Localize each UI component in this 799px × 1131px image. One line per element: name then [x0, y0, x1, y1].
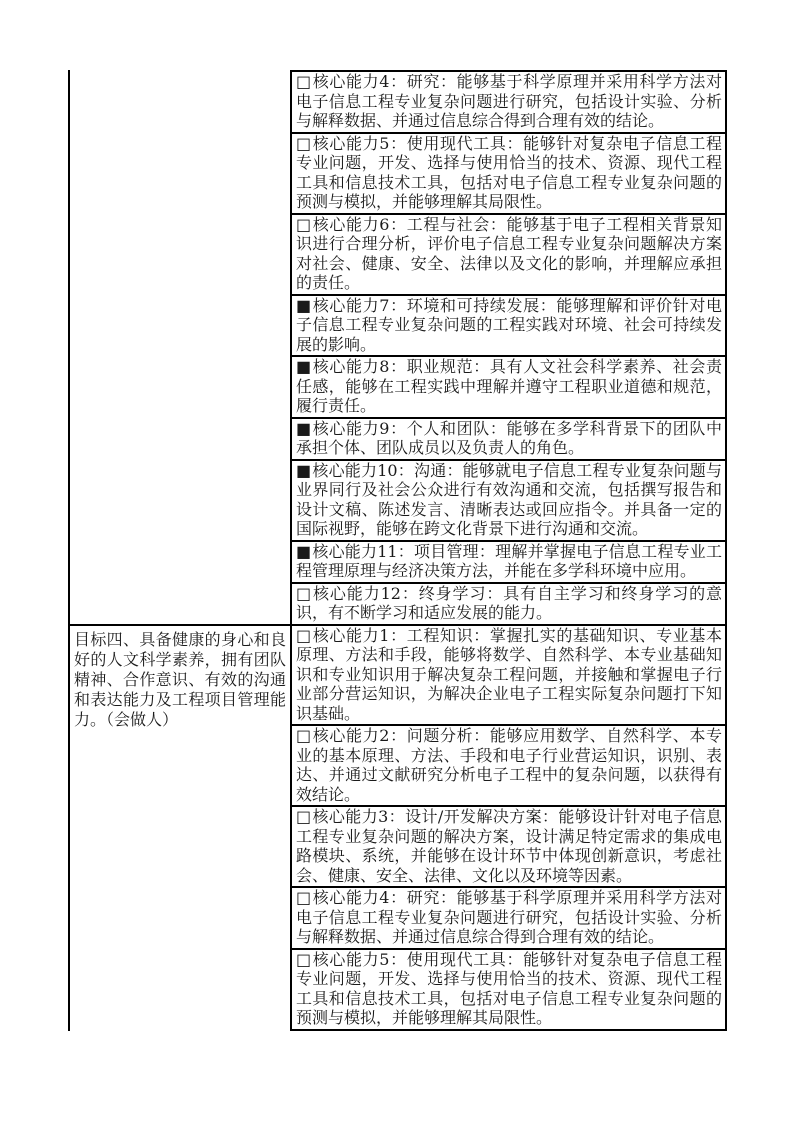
- competency-cell: □核心能力5：使用现代工具：能够针对复杂电子信息工程专业问题，开发、选择与使用恰…: [290, 132, 727, 215]
- checkbox-checked-icon: ■: [296, 296, 312, 315]
- competency-text: 核心能力1：工程知识：掌握扎实的基础知识、专业基本原理、方法和手段，能够将数学、…: [296, 626, 722, 723]
- competency-cell: □核心能力4：研究：能够基于科学原理并采用科学方法对电子信息工程专业复杂问题进行…: [290, 70, 727, 134]
- checkbox-unchecked-icon: □: [296, 950, 312, 969]
- competency-text: 核心能力2：问题分析：能够应用数学、自然科学、本专业的基本原理、方法、手段和电子…: [296, 726, 722, 804]
- competency-cell: □核心能力5：使用现代工具：能够针对复杂电子信息工程专业问题，开发、选择与使用恰…: [290, 948, 727, 1031]
- competency-cell: ■核心能力11：项目管理：理解并掌握电子信息工程专业工程管理原理与经济决策方法，…: [290, 540, 727, 584]
- competency-text: 核心能力8：职业规范：具有人文社会科学素养、社会责任感，能够在工程实践中理解并遵…: [296, 357, 722, 415]
- document-page: □核心能力4：研究：能够基于科学原理并采用科学方法对电子信息工程专业复杂问题进行…: [0, 0, 799, 1131]
- checkbox-unchecked-icon: □: [296, 134, 312, 153]
- checkbox-unchecked-icon: □: [296, 215, 312, 234]
- competency-cell: □核心能力3：设计/开发解决方案：能够设计针对电子信息工程专业复杂问题的解决方案…: [290, 805, 727, 888]
- abilities-column: □核心能力4：研究：能够基于科学原理并采用科学方法对电子信息工程专业复杂问题进行…: [290, 70, 727, 626]
- competency-text: 核心能力4：研究：能够基于科学原理并采用科学方法对电子信息工程专业复杂问题进行研…: [296, 888, 722, 946]
- competency-text: 核心能力11：项目管理：理解并掌握电子信息工程专业工程管理原理与经济决策方法，并…: [296, 542, 722, 581]
- competency-cell: □核心能力4：研究：能够基于科学原理并采用科学方法对电子信息工程专业复杂问题进行…: [290, 886, 727, 950]
- objective-text: 目标四、具备健康的身心和良好的人文科学素养，拥有团队精神、合作意识、有效的沟通和…: [74, 630, 286, 729]
- competency-cell: □核心能力2：问题分析：能够应用数学、自然科学、本专业的基本原理、方法、手段和电…: [290, 724, 727, 807]
- checkbox-unchecked-icon: □: [296, 72, 312, 91]
- table-row: 目标四、具备健康的身心和良好的人文科学素养，拥有团队精神、合作意识、有效的沟通和…: [68, 624, 727, 1031]
- objective-cell: [68, 70, 290, 626]
- competency-cell: □核心能力12：终身学习：具有自主学习和终身学习的意识，有不断学习和适应发展的能…: [290, 582, 727, 626]
- competency-cell: ■核心能力9：个人和团队：能够在多学科背景下的团队中承担个体、团队成员以及负责人…: [290, 417, 727, 461]
- checkbox-unchecked-icon: □: [296, 726, 312, 745]
- abilities-column: □核心能力1：工程知识：掌握扎实的基础知识、专业基本原理、方法和手段，能够将数学…: [290, 624, 727, 1031]
- competency-text: 核心能力9：个人和团队：能够在多学科背景下的团队中承担个体、团队成员以及负责人的…: [296, 419, 722, 458]
- checkbox-checked-icon: ■: [296, 357, 312, 376]
- competency-cell: ■核心能力7：环境和可持续发展：能够理解和评价针对电子信息工程专业复杂问题的工程…: [290, 294, 727, 358]
- competency-cell: ■核心能力10：沟通：能够就电子信息工程专业复杂问题与业界同行及社会公众进行有效…: [290, 459, 727, 542]
- competency-text: 核心能力10：沟通：能够就电子信息工程专业复杂问题与业界同行及社会公众进行有效沟…: [296, 461, 722, 539]
- checkbox-checked-icon: ■: [296, 542, 311, 561]
- competency-cell: □核心能力6：工程与社会：能够基于电子工程相关背景知识进行合理分析，评价电子信息…: [290, 213, 727, 296]
- competency-text: 核心能力12：终身学习：具有自主学习和终身学习的意识，有不断学习和适应发展的能力…: [296, 584, 722, 623]
- competency-text: 核心能力4：研究：能够基于科学原理并采用科学方法对电子信息工程专业复杂问题进行研…: [296, 72, 722, 130]
- objective-cell: 目标四、具备健康的身心和良好的人文科学素养，拥有团队精神、合作意识、有效的沟通和…: [68, 624, 290, 1031]
- competency-text: 核心能力7：环境和可持续发展：能够理解和评价针对电子信息工程专业复杂问题的工程实…: [296, 296, 722, 354]
- competency-text: 核心能力6：工程与社会：能够基于电子工程相关背景知识进行合理分析，评价电子信息工…: [296, 215, 722, 293]
- checkbox-checked-icon: ■: [296, 461, 311, 480]
- competency-cell: □核心能力1：工程知识：掌握扎实的基础知识、专业基本原理、方法和手段，能够将数学…: [290, 624, 727, 727]
- checkbox-unchecked-icon: □: [296, 807, 312, 826]
- checkbox-unchecked-icon: □: [296, 626, 312, 645]
- table-row: □核心能力4：研究：能够基于科学原理并采用科学方法对电子信息工程专业复杂问题进行…: [68, 70, 727, 626]
- checkbox-unchecked-icon: □: [296, 584, 312, 603]
- competency-text: 核心能力3：设计/开发解决方案：能够设计针对电子信息工程专业复杂问题的解决方案，…: [296, 807, 722, 885]
- objectives-table: □核心能力4：研究：能够基于科学原理并采用科学方法对电子信息工程专业复杂问题进行…: [68, 70, 727, 1031]
- competency-text: 核心能力5：使用现代工具：能够针对复杂电子信息工程专业问题，开发、选择与使用恰当…: [296, 950, 722, 1028]
- competency-text: 核心能力5：使用现代工具：能够针对复杂电子信息工程专业问题，开发、选择与使用恰当…: [296, 134, 722, 212]
- checkbox-unchecked-icon: □: [296, 888, 312, 907]
- competency-cell: ■核心能力8：职业规范：具有人文社会科学素养、社会责任感，能够在工程实践中理解并…: [290, 355, 727, 419]
- checkbox-checked-icon: ■: [296, 419, 312, 438]
